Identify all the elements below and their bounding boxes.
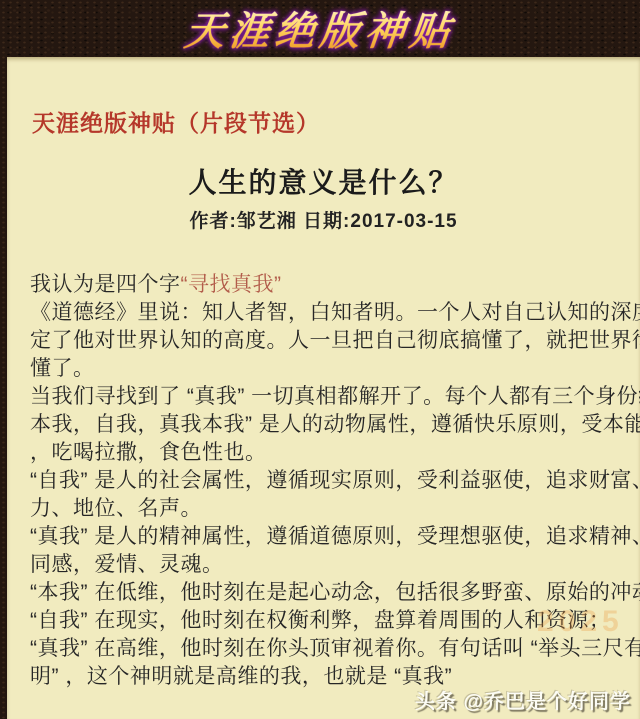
body-line: ，吃喝拉撒，食色性也。 <box>30 439 620 467</box>
body-text-segment: “真我” 是人的精神属性，遵循道德原则，受理想驱使，追求精神、认 <box>30 525 640 548</box>
article-title: 人生的意义是什么？ <box>7 161 640 201</box>
body-text-segment: “真我” 在高维，他时刻在你头顶审视着你。有句话叫 “举头三尺有神 <box>30 637 640 660</box>
body-line: “自我” 在现实，他时刻在权衡利弊，盘算着周围的人和资源； <box>30 607 620 635</box>
body-line: 当我们寻找到了 “真我” 一切真相都解开了。每个人都有三个身份组成 <box>30 383 620 411</box>
body-text-segment: 《道德经》里说：知人者智，白知者明。一个人对自己认知的深度，决 <box>30 301 640 324</box>
body-line: “本我” 在低维，他时刻在是起心动念，包括很多野蛮、原始的冲动； <box>30 579 620 607</box>
body-line: “真我” 是人的精神属性，遵循道德原则，受理想驱使，追求精神、认 <box>30 523 620 551</box>
body-line: “真我” 在高维，他时刻在你头顶审视着你。有句话叫 “举头三尺有神 <box>30 635 620 663</box>
body-text-segment: “自我” 是人的社会属性，遵循现实原则，受利益驱使，追求财富、权 <box>30 469 640 492</box>
body-line: 力、地位、名声。 <box>30 495 620 523</box>
body-text-segment: “自我” 在现实，他时刻在权衡利弊，盘算着周围的人和资源； <box>30 609 610 632</box>
body-text-segment: 懂了。 <box>30 357 95 380</box>
body-line: 本我，自我，真我本我” 是人的动物属性，遵循快乐原则，受本能驱使 <box>30 411 620 439</box>
body-line: 我认为是四个字“寻找真我” <box>30 271 620 299</box>
body-text-segment: 本我，自我，真我本我” 是人的动物属性，遵循快乐原则，受本能驱使 <box>30 413 640 436</box>
body-line: 同感，爱情、灵魂。 <box>30 551 620 579</box>
body-text-segment: 当我们寻找到了 “真我” 一切真相都解开了。每个人都有三个身份组成 <box>30 385 640 408</box>
body-text-segment: 我认为是四个字 <box>30 273 181 296</box>
body-text-segment: 定了他对世界认知的高度。人一旦把自己彻底搞懂了，就把世界彻底看 <box>30 329 640 352</box>
banner-title: 天涯绝版神贴 <box>182 0 458 57</box>
article-tag: 天涯绝版神贴（片段节选） <box>32 105 320 138</box>
body-text-segment: “本我” 在低维，他时刻在是起心动念，包括很多野蛮、原始的冲动； <box>30 581 640 604</box>
article-panel: 天涯绝版神贴（片段节选） 人生的意义是什么？ 作者:邹艺湘 日期:2017-03… <box>7 57 640 719</box>
body-line: 懂了。 <box>30 355 620 383</box>
header-banner: 天涯绝版神贴 <box>0 0 640 57</box>
body-line: 定了他对世界认知的高度。人一旦把自己彻底搞懂了，就把世界彻底看 <box>30 327 620 355</box>
year-watermark: 2025 <box>537 605 624 639</box>
body-text-segment: 同感，爱情、灵魂。 <box>30 553 224 576</box>
body-text-segment: 明” ，这个神明就是高维的我，也就是 “真我” <box>30 665 452 688</box>
credit-watermark: 头条 @乔巴是个好同学 <box>415 685 631 714</box>
body-line: 《道德经》里说：知人者智，白知者明。一个人对自己认知的深度，决 <box>30 299 620 327</box>
article-body: 我认为是四个字“寻找真我”《道德经》里说：知人者智，白知者明。一个人对自己认知的… <box>30 271 620 691</box>
post-image: { "header": { "banner_title": "天涯绝版神贴" }… <box>0 0 640 719</box>
body-text-segment: ，吃喝拉撒，食色性也。 <box>30 441 267 464</box>
body-text-segment: 力、地位、名声。 <box>30 497 202 520</box>
article-byline: 作者:邹艺湘 日期:2017-03-15 <box>7 206 640 233</box>
body-line: “自我” 是人的社会属性，遵循现实原则，受利益驱使，追求财富、权 <box>30 467 620 495</box>
highlighted-phrase: “寻找真我” <box>181 273 282 296</box>
